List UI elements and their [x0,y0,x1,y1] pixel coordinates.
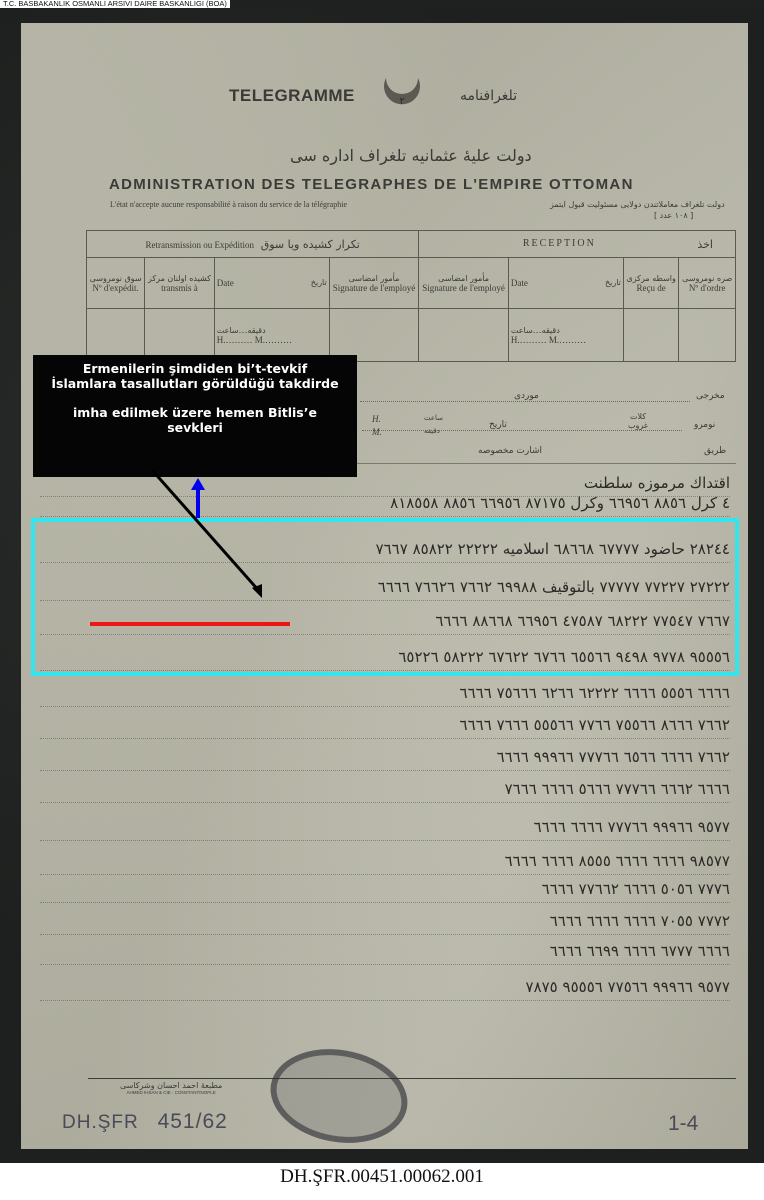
annotation-line: İslamlara tasallutları görüldüğü takdird… [33,376,357,391]
col-order-number: صره نومروسىNº d'ordre [679,258,736,309]
handwritten-line: ٧٦٦٢ ٨٦٦٦ ٧٥٥٦٦ ٧٧٦٦ ٥٥٥٦٦ ٧٦٦٦ ٦٦٦٦ [40,716,730,738]
page-number: 1-4 [668,1112,698,1136]
handwritten-line: ٤ كرل ٨٨٥٦ ٦٦٩٥٦ وكرل ٨٧١٧٥ ٦٦٩٥٦ ٨٨٥٦ ٨… [40,494,730,516]
words-label: كلاتغروب [628,412,648,430]
crescent-emblem-icon: ٢ [378,72,426,120]
underline-highlight [90,622,290,626]
administration-title: ADMINISTRATION DES TELEGRAPHES DE L'EMPI… [109,176,634,193]
administration-title-arabic: دولت عليهٔ عثمانيه تلغراف اداره سى [290,146,532,165]
col-received-from: واسطه مركزىReçu de [623,258,679,309]
hour-label-ar: ساعت [424,414,443,422]
col-transmitted-to: كشيده اولنان مركزtransmis à [145,258,215,309]
svg-text:٢: ٢ [399,96,404,107]
words-number-label: نومرو [694,420,715,430]
cell-empty [623,309,679,362]
document-id: DH.ŞFR.00451.00062.001 [0,1166,764,1188]
col-date-received: Dateتاريخ [508,258,623,309]
archive-banner: T.C. BASBAKANLIK OSMANLI ARSIVI DAIRE BA… [0,0,230,8]
minute-label: M. [372,427,382,437]
retransmission-label: Retransmission ou Expédition [145,240,254,250]
handwritten-line: ٦٦٦٦ ٥٥٥٦ ٦٦٦٦ ٦٢٢٢٢ ٦٢٦٦ ٧٥٦٦٦ ٦٦٦٦ [40,684,730,706]
handwritten-line: اقتداك مرموزه سلطنت [40,474,730,496]
telegram-title-arabic: تلغرافنامه [460,88,517,104]
minute-label-ar: دقيقه [424,427,440,435]
shelfmark: DH.ŞFR 451/62 [62,1110,228,1134]
time-sent: دقيقه…ساعت H.……… M.……… [214,309,329,362]
time-received: دقيقه…ساعت H.……… M.……… [508,309,623,362]
reception-header: RECEPTION اخذ [419,231,736,258]
origin-label: مخرجى [696,391,725,401]
hour-label: H. [372,414,381,424]
disclaimer-arabic: دولت تلغراف معاملاتندن دولايى مسئوليت قب… [550,200,725,209]
annotation-line: Ermenilerin şimdiden bi’t-tevkif [33,361,357,376]
cell-empty [145,309,215,362]
reception-label-arabic: اخذ [697,238,713,251]
disclaimer: L'état n'accepte aucune responsabilité à… [110,200,347,209]
handwritten-line: ٩٥٧٧ ٩٩٩٦٦ ٧٧٥٦٦ ٩٥٥٥٦ ٧٨٧٥ [40,978,730,1000]
retransmission-header: Retransmission ou Expédition تكرار كشيده… [87,231,419,258]
form-number: [ ١٠٨ عدد ] [654,211,693,220]
highlight-box [31,518,739,676]
handwritten-line: ٦٦٦٦ ٦٦٦٢ ٧٧٧٦٦ ٥٦٦٦ ٦٦٦٦ ٧٦٦٦ [40,780,730,802]
cell-empty [679,309,736,362]
col-signature-received: مأمور امضاسىSignature de l'employé [419,258,509,309]
col-date-sent: Dateتاريخ [214,258,329,309]
transmission-table: Retransmission ou Expédition تكرار كشيده… [86,230,736,362]
reception-label: RECEPTION [523,238,596,249]
col-expedition-number: سوق نومروسىNº d'expédit. [87,258,145,309]
handwritten-line: ٩٥٧٧ ٩٩٩٦٦ ٧٧٧٦٦ ٦٦٦٦ ٦٦٦٦ [40,818,730,840]
col-signature-sent: مأمور امضاسىSignature de l'employé [329,258,419,309]
annotation-line: imha edilmek üzere hemen Bitlis’e [33,405,357,420]
arrival-label: موردى [510,391,543,401]
handwritten-line: ٦٦٦٦ ٦٧٧٧ ٦٦٦٦ ٦٦٩٩ ٦٦٦٦ [40,942,730,964]
route-label: طريق [704,446,726,456]
cell-empty [329,309,419,362]
service-label-ar: اشارت مخصوصه [478,446,542,456]
handwritten-line: ٧٧٧٦ ٥٠٥٦ ٦٦٦٦ ٧٧٦٦٢ ٦٦٦٦ [40,880,730,902]
telegram-title: TELEGRAMME [229,86,355,106]
cell-empty [419,309,509,362]
annotation-line: sevkleri [33,420,357,435]
retransmission-label-arabic: تكرار كشيده ويا سوق [261,238,360,251]
footer-rule [88,1078,736,1079]
handwritten-line: ٩٨٥٧٧ ٦٦٦٦ ٦٦٦٦ ٨٥٥٥ ٦٦٦٦ ٦٦٦٦ [40,852,730,874]
translation-annotation: Ermenilerin şimdiden bi’t-tevkif İslamla… [33,355,357,477]
handwritten-line: ٧٧٧٢ ٧٠٥٥ ٦٦٦٦ ٦٦٦٦ ٦٦٦٦ [40,912,730,934]
handwritten-line: ٧٦٦٢ ٦٦٦٦ ٦٥٦٦ ٧٧٧٦٦ ٩٩٩٦٦ ٦٦٦٦ [40,748,730,770]
date-label: تاريخ [486,420,510,430]
cell-empty [87,309,145,362]
printer-imprint: مطبعهٔ احمد احسان وشركاسى AHMED IHSAN & … [120,1081,222,1095]
